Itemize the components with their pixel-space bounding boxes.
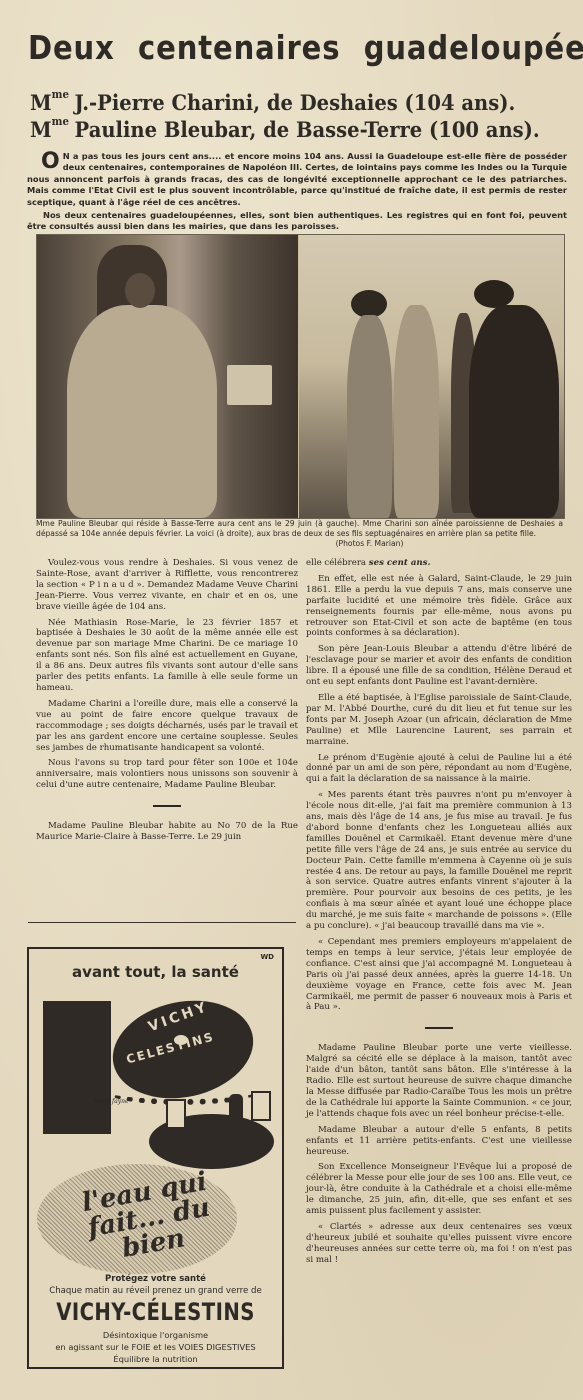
subhead-prefix: M: [30, 90, 52, 115]
paragraph: Nous l'avons su trop tard pour fêter son…: [36, 758, 298, 791]
paragraph: Madame Pauline Bleubar habite au No 70 d…: [36, 821, 298, 843]
newspaper-page: Deux centenaires guadeloupéennes MmeJ.-P…: [0, 0, 583, 1400]
ad-brand-name: VICHY-CÉLESTINS: [52, 1298, 259, 1326]
intro-p1: ON a pas tous les jours cent ans.... et …: [27, 151, 567, 208]
intro-p1-text: N a pas tous les jours cent ans.... et e…: [27, 151, 567, 207]
right-column: elle célébrera ses cent ans. En effet, e…: [306, 558, 572, 1271]
lead-text: elle célébrera: [306, 558, 366, 568]
paragraph: « Mes parents étant très pauvres n'ont p…: [306, 790, 572, 932]
section-divider: [425, 1027, 453, 1029]
artist-signature: henri fayne: [94, 1099, 129, 1105]
subhead-bleubar: MmePauline Bleubar, de Basse-Terre (100 …: [30, 117, 542, 142]
figure-face: [125, 273, 155, 308]
caption-text: Mme Pauline Bleubar qui réside à Basse-T…: [36, 519, 563, 538]
hat-right: [474, 280, 514, 308]
subhead-sup: me: [52, 115, 69, 128]
ad-dark-shape: [43, 1001, 111, 1134]
paragraph: Née Mathiasin Rose-Marie, le 23 février …: [36, 618, 298, 694]
paragraph: Madame Bleubar a autour d'elle 5 enfants…: [306, 1125, 572, 1158]
son-right: [469, 305, 559, 518]
paragraph: Le prénom d'Eugènie ajouté à celui de Pa…: [306, 753, 572, 786]
section-divider: [153, 805, 181, 807]
subhead-charini: MmeJ.-Pierre Charini, de Deshaies (104 a…: [30, 90, 542, 115]
ad-protect-text: Protégez votre santé: [29, 1274, 282, 1284]
subhead-text: J.-Pierre Charini, de Deshaies (104 ans)…: [75, 90, 516, 115]
ad-claim: en agissant sur le FOIE et les VOIES DIG…: [29, 1342, 282, 1352]
paragraph: Voulez-vous vous rendre à Deshaies. Si v…: [36, 558, 298, 613]
vichy-advertisement: WD avant tout, la santé VICHY CELESTINS …: [27, 947, 284, 1369]
bottle-icon: [229, 1094, 243, 1139]
figure-box: [227, 365, 272, 405]
ad-top-rule: [28, 922, 296, 923]
photo-caption: Mme Pauline Bleubar qui réside à Basse-T…: [36, 519, 563, 550]
paragraph: Son père Jean-Louis Bleubar a attendu d'…: [306, 644, 572, 688]
ad-instruction: Chaque matin au réveil prenez un grand v…: [29, 1286, 282, 1296]
ad-claim: Désintoxique l'organisme: [29, 1330, 282, 1340]
subhead-text: Pauline Bleubar, de Basse-Terre (100 ans…: [75, 117, 540, 142]
headline: Deux centenaires guadeloupéennes: [28, 28, 510, 67]
intro-paragraphs: ON a pas tous les jours cent ans.... et …: [27, 151, 567, 233]
paragraph: Madame Charini a l'oreille dure, mais el…: [36, 699, 298, 754]
lead-italic: ses cent ans.: [369, 558, 431, 568]
paragraph: Son Excellence Monseigneur l'Evêque lui …: [306, 1162, 572, 1217]
paragraph: « Cependant mes premiers employeurs m'ap…: [306, 937, 572, 1013]
ad-slogan: avant tout, la santé: [29, 963, 282, 981]
dropcap: O: [41, 153, 60, 171]
glass-icon: [166, 1099, 186, 1129]
left-column: Voulez-vous vous rendre à Deshaies. Si v…: [36, 558, 298, 848]
photo-bleubar: [37, 235, 298, 518]
glass-icon: [251, 1091, 271, 1121]
ad-claim: Équilibre la nutrition: [29, 1354, 282, 1364]
paragraph: Elle a été baptisée, à l'Eglise paroissi…: [306, 693, 572, 748]
subhead-prefix: M: [30, 117, 52, 142]
photo-credit: (Photos F. Marian): [36, 539, 563, 549]
photo-charini: [299, 235, 564, 518]
son-left: [347, 315, 392, 518]
paragraph-continued: elle célébrera ses cent ans.: [306, 558, 572, 569]
charini-figure: [394, 305, 439, 518]
intro-p2: Nos deux centenaires guadeloupéennes, el…: [27, 210, 567, 233]
subhead-sup: me: [52, 88, 69, 101]
figure-dress: [67, 305, 217, 518]
paragraph: En effet, elle est née à Galard, Saint-C…: [306, 574, 572, 639]
photo-pair: [36, 234, 565, 519]
paragraph: Madame Pauline Bleubar porte une verte v…: [306, 1043, 572, 1119]
agency-mark: WD: [260, 953, 274, 961]
paragraph: « Clartés » adresse aux deux centenaires…: [306, 1222, 572, 1266]
hat-left: [351, 290, 387, 318]
